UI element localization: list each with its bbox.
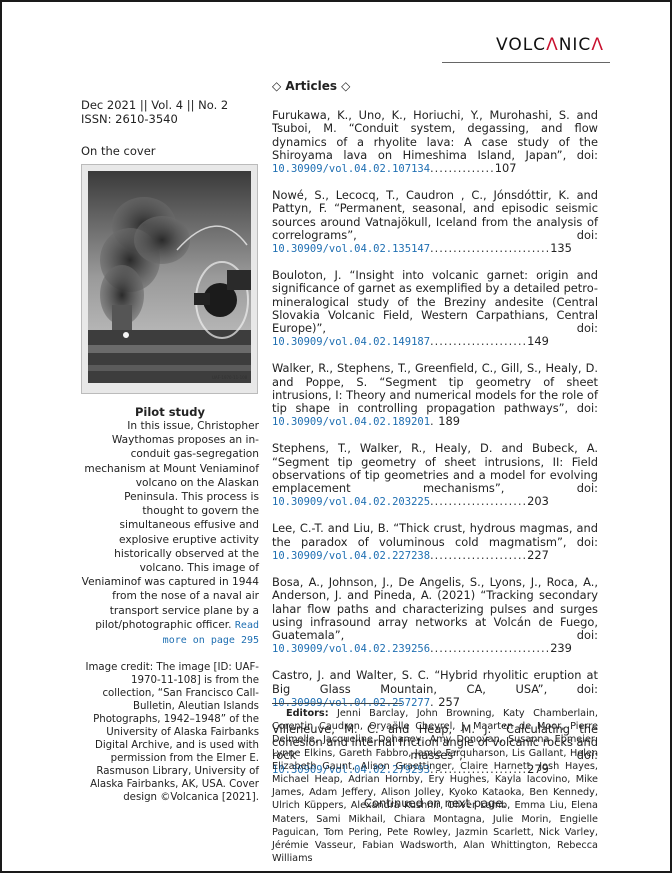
- cover-image: UAF-1970-11-108: [81, 164, 258, 394]
- logo-accent-a: Λ: [591, 35, 604, 55]
- leader-dots: ..........................: [430, 641, 550, 655]
- article-entry: Lee, C.-T. and Liu, B. “Thick crust, hyd…: [272, 522, 598, 563]
- article-entry: Stephens, T., Walker, R., Healy, D. and …: [272, 442, 598, 509]
- doi-link[interactable]: 10.30909/vol.04.02.135147: [272, 243, 430, 255]
- article-entry: Walker, R., Stephens, T., Greenfield, C.…: [272, 362, 598, 429]
- article-citation: Walker, R., Stephens, T., Greenfield, C.…: [272, 361, 598, 415]
- logo-part: VOLC: [496, 35, 546, 55]
- articles-column: ◇ Articles ◇ Furukawa, K., Uno, K., Hori…: [272, 80, 598, 810]
- page-number: 227: [527, 548, 549, 562]
- article-citation: Bosa, A., Johnson, J., De Angelis, S., L…: [272, 575, 598, 642]
- editors-list: Editors: Jenni Barclay, John Browning, K…: [272, 707, 598, 865]
- page-number: 203: [527, 494, 549, 508]
- article-entry: Bouloton, J. “Insight into volcanic garn…: [272, 269, 598, 349]
- issn: ISSN: 2610-3540: [81, 112, 259, 126]
- image-credit: Image credit: The image [ID: UAF-1970-11…: [81, 661, 259, 804]
- header-rule: [442, 62, 610, 63]
- doi-link[interactable]: 10.30909/vol.04.02.189201: [272, 416, 430, 428]
- doi-link[interactable]: 10.30909/vol.04.02.149187: [272, 336, 430, 348]
- article-entry: Bosa, A., Johnson, J., De Angelis, S., L…: [272, 576, 598, 656]
- article-citation: Lee, C.-T. and Liu, B. “Thick crust, hyd…: [272, 521, 598, 548]
- editors-label: Editors:: [286, 708, 329, 719]
- page-number: 107: [495, 161, 517, 175]
- page-number: 189: [438, 414, 460, 428]
- leader-dots: .....................: [430, 548, 527, 562]
- journal-page: VOLCΛNICΛ Dec 2021 || Vol. 4 || No. 2 IS…: [0, 0, 672, 873]
- leader-dots: ..........................: [430, 241, 550, 255]
- pilot-study-text: In this issue, Christopher Waythomas pro…: [81, 419, 259, 648]
- cover-label: On the cover: [81, 144, 259, 158]
- volcanica-logo: VOLCΛNICΛ: [496, 35, 604, 55]
- doi-link[interactable]: 10.30909/vol.04.02.239256: [272, 643, 430, 655]
- doi-link[interactable]: 10.30909/vol.04.02.203225: [272, 496, 430, 508]
- article-entry: Nowé, S., Lecocq, T., Caudron , C., Jóns…: [272, 189, 598, 256]
- article-citation: Stephens, T., Walker, R., Healy, D. and …: [272, 441, 598, 495]
- svg-text:UAF-1970-11-108: UAF-1970-11-108: [212, 375, 248, 380]
- leader-dots: ..............: [430, 161, 495, 175]
- issue-line: Dec 2021 || Vol. 4 || No. 2: [81, 98, 259, 112]
- article-citation: Castro, J. and Walter, S. C. “Hybrid rhy…: [272, 668, 598, 695]
- footnote-rule: [272, 703, 402, 704]
- page-number: 135: [550, 241, 572, 255]
- pilot-study-title: Pilot study: [81, 405, 259, 419]
- article-citation: Nowé, S., Lecocq, T., Caudron , C., Jóns…: [272, 188, 598, 242]
- article-citation: Furukawa, K., Uno, K., Horiuchi, Y., Mur…: [272, 108, 598, 162]
- cover-photo-icon: UAF-1970-11-108: [82, 165, 257, 393]
- doi-link[interactable]: 10.30909/vol.04.02.107134: [272, 163, 430, 175]
- logo-part: NIC: [559, 35, 592, 55]
- leader-dots: .....................: [430, 334, 527, 348]
- leader-dots: .: [430, 414, 435, 428]
- article-citation: Bouloton, J. “Insight into volcanic garn…: [272, 268, 598, 335]
- page-number: 239: [550, 641, 572, 655]
- leader-dots: .....................: [430, 494, 527, 508]
- articles-heading: ◇ Articles ◇: [272, 80, 598, 93]
- editors-names: Jenni Barclay, John Browning, Katy Chamb…: [272, 708, 598, 864]
- pilot-study-body: In this issue, Christopher Waythomas pro…: [82, 420, 259, 631]
- article-entry: Furukawa, K., Uno, K., Horiuchi, Y., Mur…: [272, 109, 598, 176]
- left-column: Dec 2021 || Vol. 4 || No. 2 ISSN: 2610-3…: [81, 98, 259, 648]
- logo-accent-a: Λ: [546, 35, 559, 55]
- page-number: 149: [527, 334, 549, 348]
- doi-link[interactable]: 10.30909/vol.04.02.227238: [272, 550, 430, 562]
